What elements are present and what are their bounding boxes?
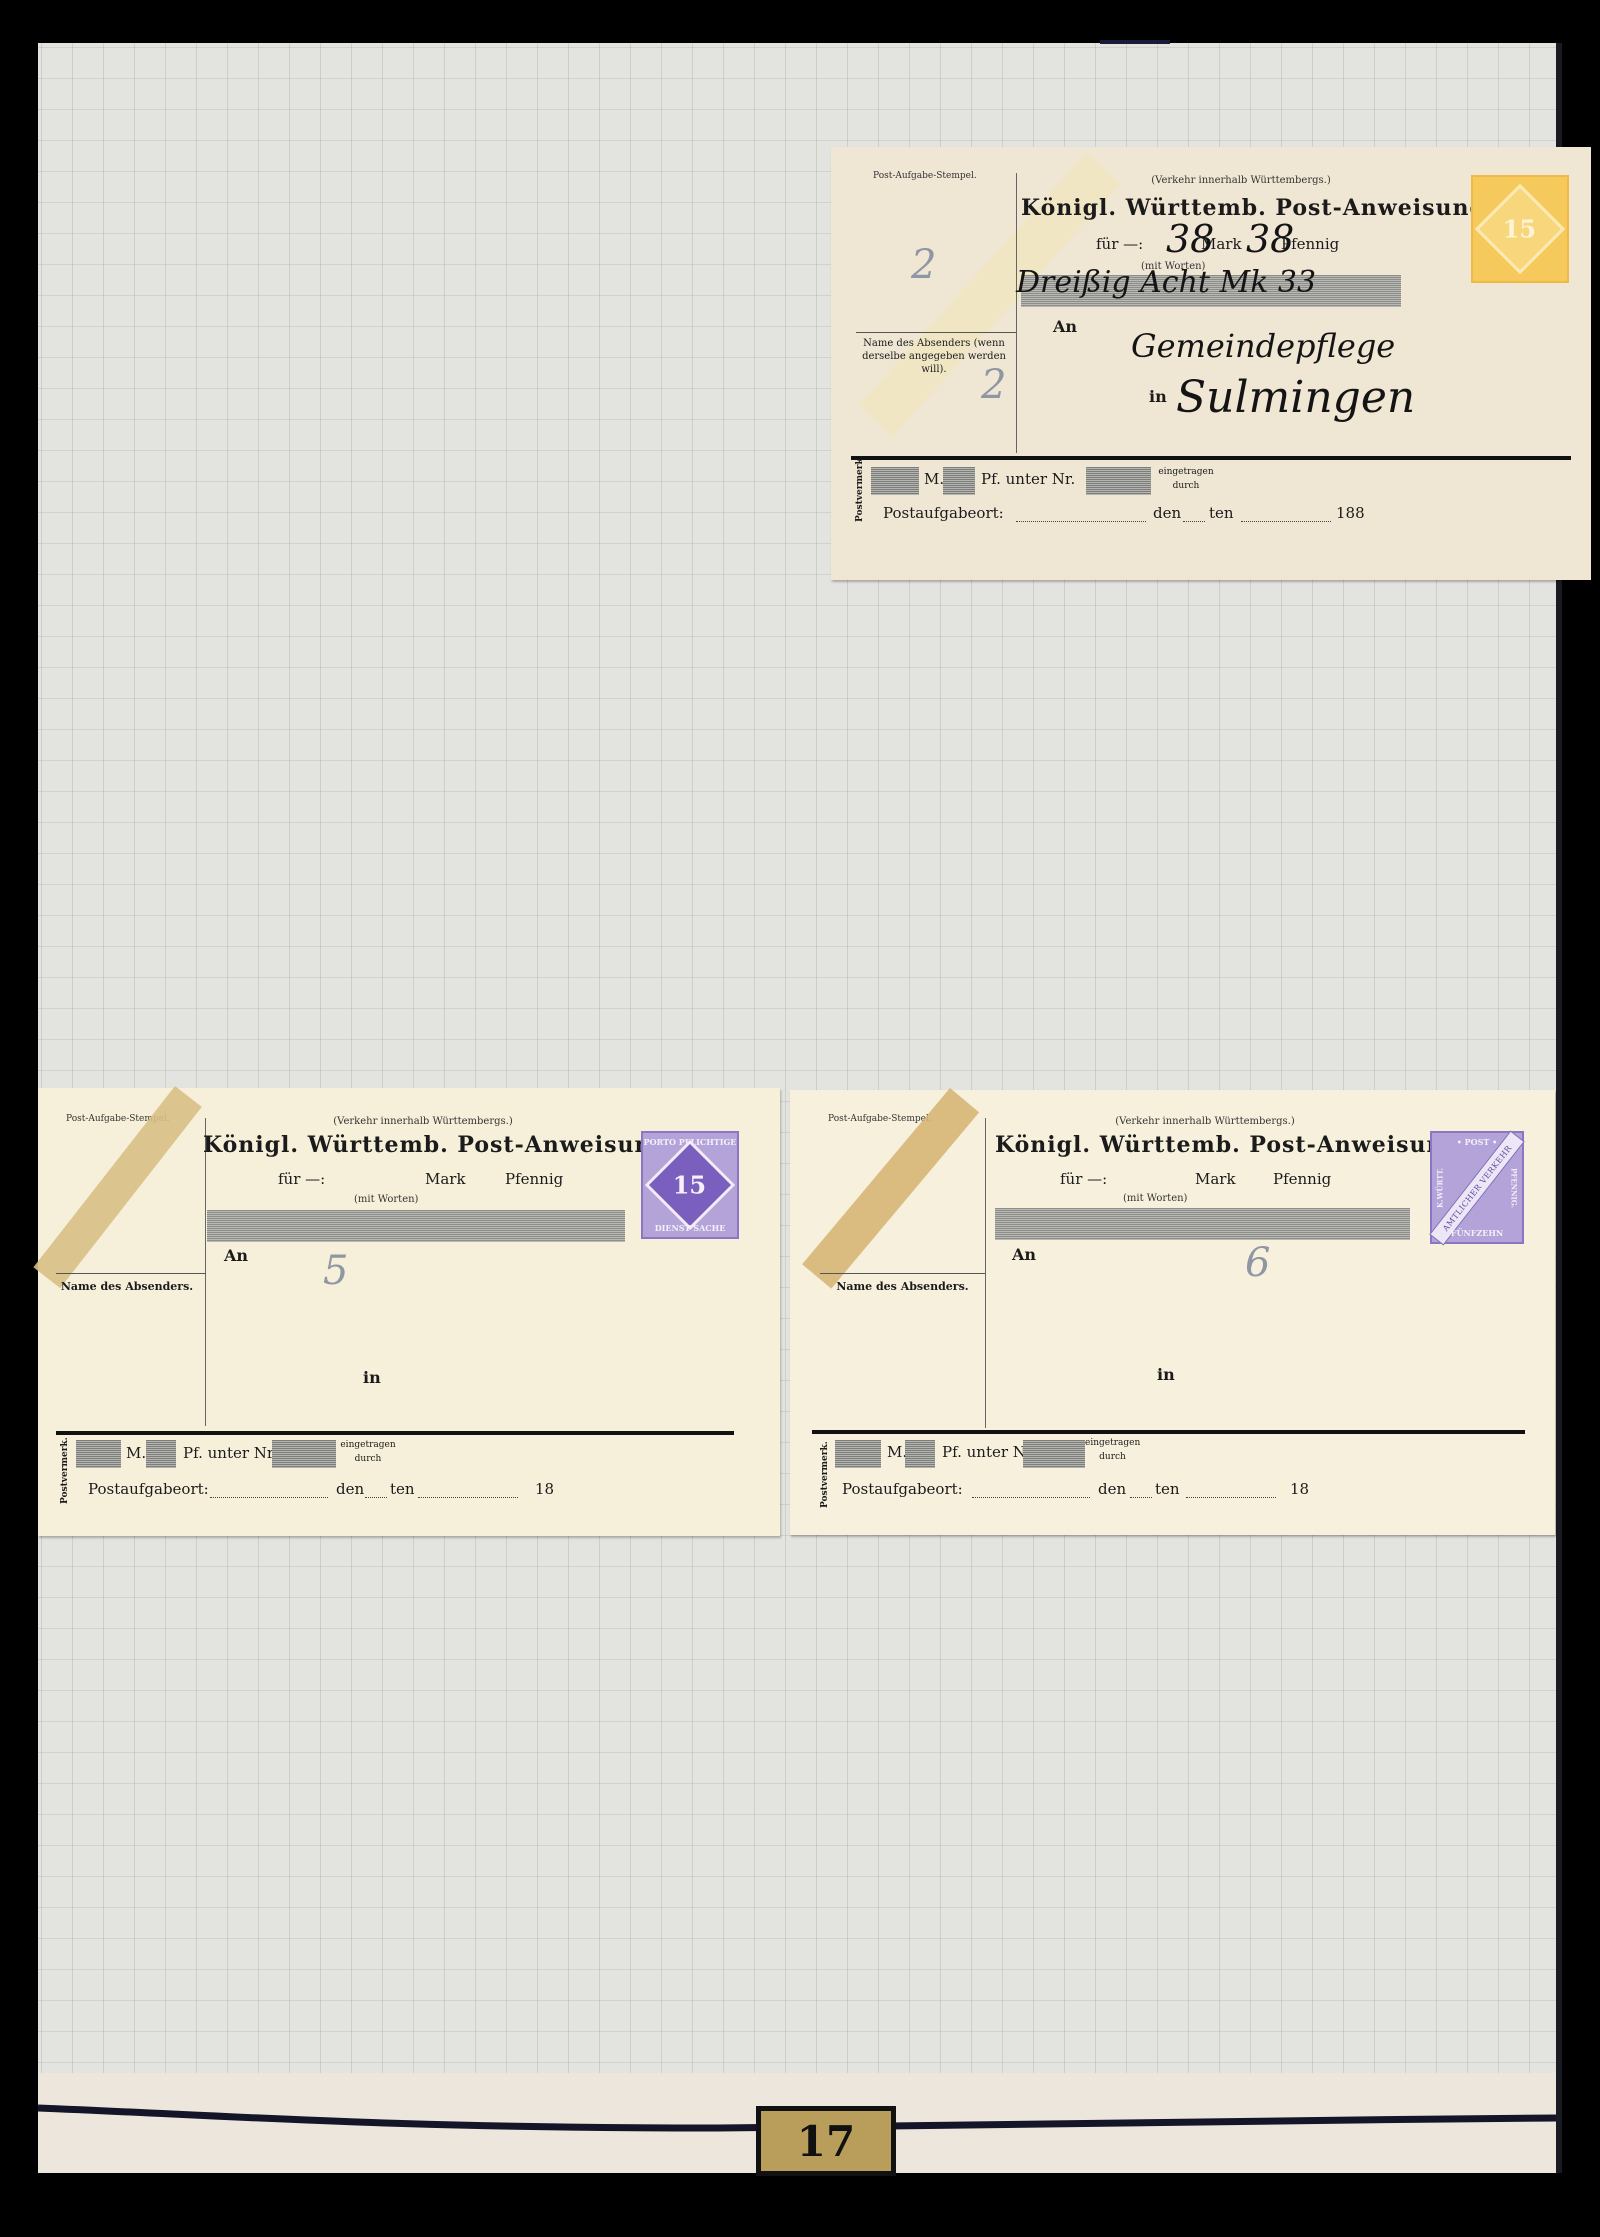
handwritten-mark-value: 38 [1166,217,1214,261]
fuer-label: für —: [278,1170,325,1188]
postal-card-unused-amtlich: Post-Aufgabe-Stempel. Name des Absenders… [790,1090,1555,1535]
ten-label: ten [1155,1480,1180,1498]
fuer-label: für —: [1096,235,1143,253]
sender-label: Name des Absenders. [52,1280,202,1294]
dotted-line [972,1496,1090,1498]
postaufgabeort-label: Postaufgabeort: [842,1480,963,1498]
pencil-mark: 2 [981,362,1006,408]
pf-label: Pf. unter Nr. [183,1444,277,1462]
stamp-value: 15 [1503,215,1536,244]
imprinted-stamp-violet: PORTO PFLICHTIGE 15 DIENST SACHE [641,1131,739,1239]
stamp-diamond: 15 [1475,184,1566,275]
handwritten-place: Sulmingen [1176,372,1415,423]
m-label: M. [126,1444,146,1462]
stamp-side-left-text: K.WÜRTT. [1435,1168,1444,1208]
den-label: den [1098,1480,1126,1498]
year-label: 18 [535,1480,554,1498]
eingetragen-label: eingetragen durch [1156,465,1216,494]
page-edge-mark [1100,40,1170,44]
amount-words-bar [207,1210,625,1242]
pf-entry-box [905,1440,935,1468]
postvermerk-label: Postvermerk. [60,1437,70,1504]
postmark-box-label: Post-Aufgabe-Stempel. [828,1114,932,1124]
nr-entry-box [1086,467,1151,495]
sender-divider [205,1118,206,1426]
mark-entry-box [871,467,919,495]
handwritten-amount-words: Dreißig Acht Mk 33 [1016,265,1316,300]
footer-rule [851,456,1571,460]
dotted-line [1183,520,1205,522]
dotted-line [1241,520,1331,522]
eingetragen-label: eingetragen durch [1085,1436,1140,1465]
amount-line: für —: Mark Pfennig [790,1170,1410,1192]
mark-label: Mark [425,1170,466,1188]
mark-label: Mark [1195,1170,1236,1188]
card-title: Königl. Württemb. Post-Anweisung [1021,195,1461,221]
place-label: in [1157,1365,1175,1384]
postaufgabeort-label: Postaufgabeort: [88,1480,209,1498]
pencil-mark: 5 [323,1248,348,1294]
place-label: in [363,1368,381,1387]
addressee-label: An [1012,1245,1036,1264]
card-title: Königl. Württemb. Post-Anweisung [203,1132,643,1158]
postaufgabeort-label: Postaufgabeort: [883,504,1004,522]
sender-rule [56,1273,206,1274]
footer-rule [56,1431,734,1435]
pencil-mark: 6 [1245,1240,1270,1286]
handwritten-pfennig-value: 38 [1246,217,1294,261]
postmark-box-label: Post-Aufgabe-Stempel. [873,171,977,181]
postal-card-used: Post-Aufgabe-Stempel. Name des Absenders… [831,147,1591,580]
stamp-value: 15 [673,1171,706,1200]
year-label: 188 [1336,504,1365,522]
nr-entry-box [272,1440,336,1468]
footer-rule [812,1430,1525,1434]
card-subtitle: (Verkehr innerhalb Württembergs.) [203,1116,643,1127]
pfennig-label: Pfennig [1273,1170,1331,1188]
addressee-label: An [1053,317,1077,336]
words-label: (mit Worten) [354,1194,418,1205]
mark-entry-box [835,1440,881,1468]
m-label: M. [924,470,944,488]
postvermerk-label: Postvermerk. [855,455,865,522]
card-subtitle: (Verkehr innerhalb Württembergs.) [1021,175,1461,186]
background-bottom [0,2193,1600,2237]
sender-label: Name des Absenders. [820,1280,985,1294]
handwritten-addressee: Gemeindepflege [1131,327,1395,365]
den-label: den [336,1480,364,1498]
dotted-line [1130,1496,1152,1498]
sender-divider [985,1118,986,1428]
mark-entry-box [76,1440,121,1468]
words-label: (mit Worten) [1123,1193,1187,1204]
stamp-bottom-text: DIENST SACHE [643,1223,737,1233]
imprinted-stamp-yellow: 15 [1471,175,1569,283]
dotted-line [418,1496,518,1498]
stamp-diamond: 15 [645,1140,736,1231]
card-subtitle: (Verkehr innerhalb Württembergs.) [995,1116,1415,1127]
album-page: Post-Aufgabe-Stempel. Name des Absenders… [38,43,1562,2173]
card-title: Königl. Württemb. Post-Anweisung [995,1132,1415,1158]
place-label: in [1149,387,1167,406]
stamp-bottom-text: FÜNFZEHN [1432,1228,1522,1238]
imprinted-stamp-violet: • POST • K.WÜRTT. AMTLICHER VERKEHR PFEN… [1430,1131,1524,1244]
dotted-line [1186,1496,1276,1498]
stamp-side-right-text: PFENNIG. [1510,1168,1519,1208]
sender-rule [856,332,1016,333]
pf-entry-box [146,1440,176,1468]
ten-label: ten [390,1480,415,1498]
pf-label: Pf. unter Nr. [981,470,1075,488]
postvermerk-label: Postvermerk. [820,1441,830,1508]
amount-line: für —: Mark Pfennig [38,1170,658,1192]
ten-label: ten [1209,504,1234,522]
addressee-label: An [224,1246,248,1265]
amount-words-bar [995,1208,1410,1240]
pfennig-label: Pfennig [505,1170,563,1188]
fuer-label: für —: [1060,1170,1107,1188]
amount-line: für —: Mark Pfennig [831,235,1491,257]
pf-entry-box [943,467,975,495]
year-label: 18 [1290,1480,1309,1498]
den-label: den [1153,504,1181,522]
nr-entry-box [1023,1440,1085,1468]
postal-card-unused-dienstsache: Post-Aufgabe-Stempel. Name des Absenders… [38,1088,780,1536]
eingetragen-label: eingetragen durch [338,1438,398,1467]
sender-rule [820,1273,985,1274]
dotted-line [210,1496,328,1498]
dotted-line [1016,520,1146,522]
dotted-line [365,1496,387,1498]
page-number-badge: 17 [756,2106,896,2176]
sender-divider [1016,173,1017,453]
